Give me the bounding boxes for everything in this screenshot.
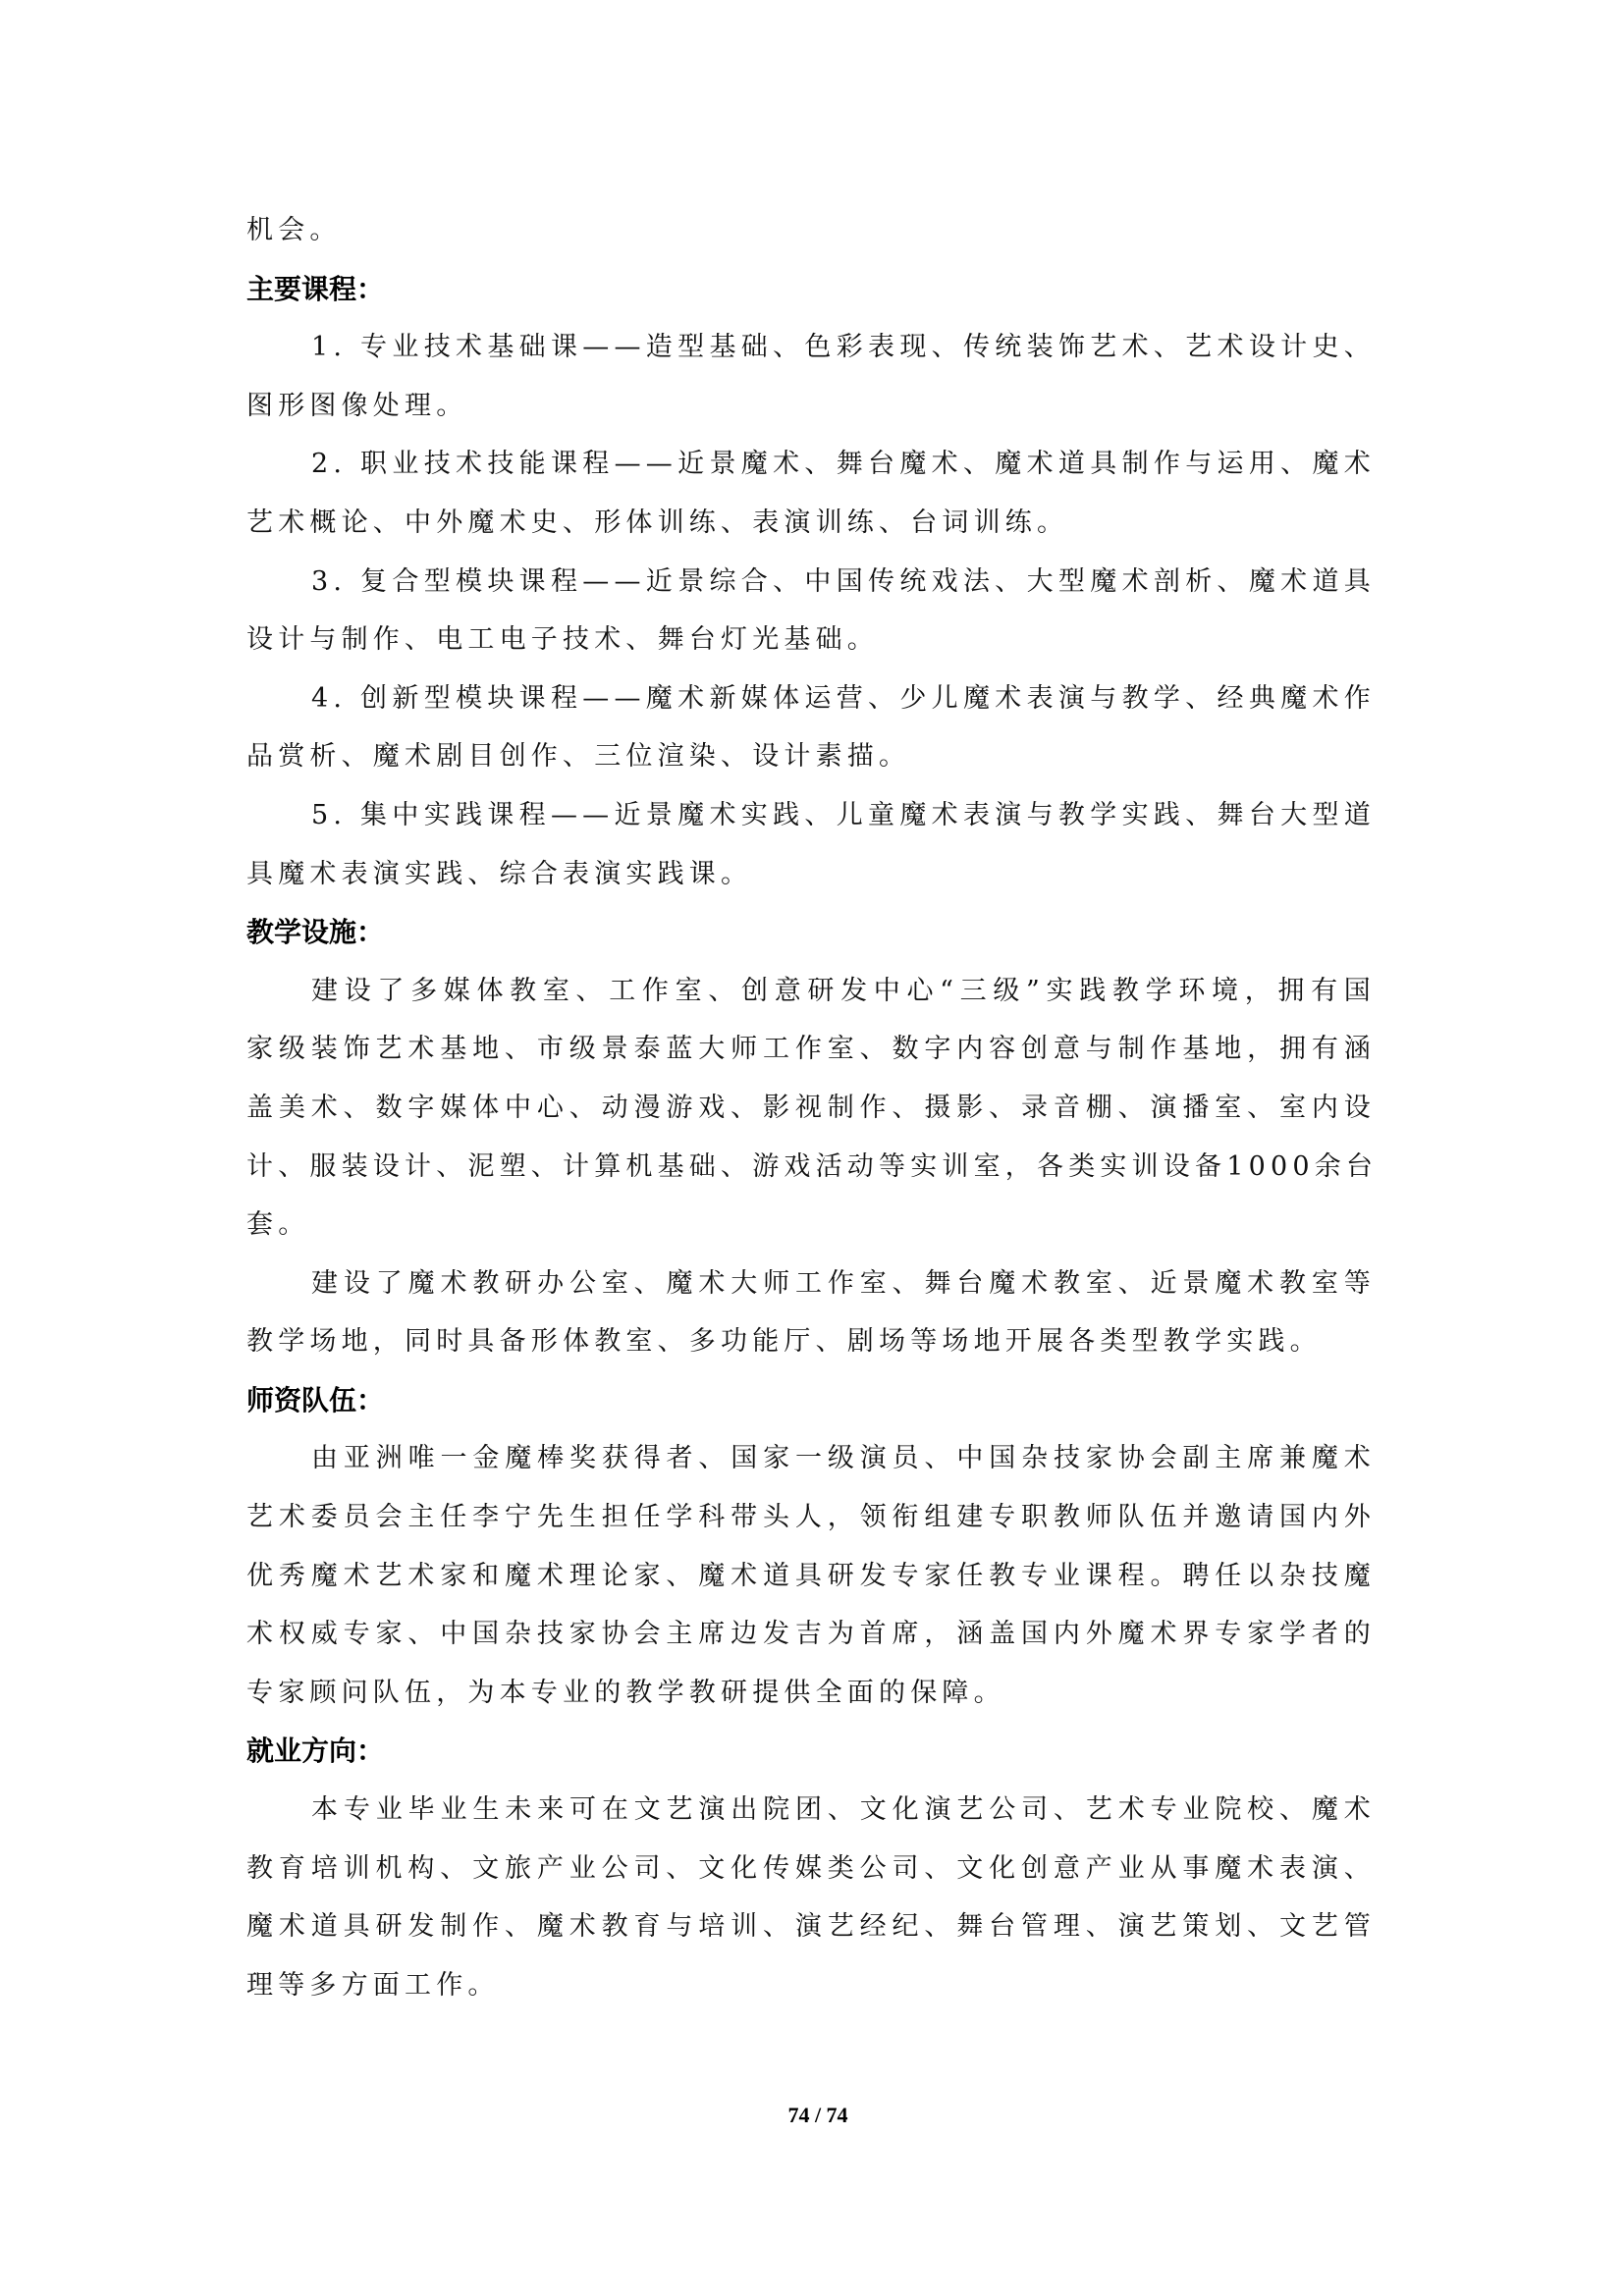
paragraph-line: 套。 — [246, 1196, 1376, 1255]
course-item-line: 具魔术表演实践、综合表演实践课。 — [246, 845, 1376, 904]
employment-paragraph: 本专业毕业生未来可在文艺演出院团、文化演艺公司、艺术专业院校、魔术 教育培训机构… — [246, 1781, 1376, 2014]
facilities-heading: 教学设施： — [246, 903, 1376, 962]
paragraph-line: 计、服装设计、泥塑、计算机基础、游戏活动等实训室，各类实训设备1000余台 — [246, 1138, 1376, 1197]
document-page: 机会。 主要课程： 1. 专业技术基础课——造型基础、色彩表现、传统装饰艺术、艺… — [0, 0, 1624, 2296]
paragraph-line: 魔术道具研发制作、魔术教育与培训、演艺经纪、舞台管理、演艺策划、文艺管 — [246, 1897, 1376, 1956]
course-item-line: 设计与制作、电工电子技术、舞台灯光基础。 — [246, 611, 1376, 669]
paragraph-line: 本专业毕业生未来可在文艺演出院团、文化演艺公司、艺术专业院校、魔术 — [246, 1781, 1376, 1840]
paragraph-line: 术权威专家、中国杂技家协会主席边发吉为首席，涵盖国内外魔术界专家学者的 — [246, 1605, 1376, 1664]
course-item: 5. 集中实践课程——近景魔术实践、儿童魔术表演与教学实践、舞台大型道 具魔术表… — [246, 786, 1376, 903]
course-item: 3. 复合型模块课程——近景综合、中国传统戏法、大型魔术剖析、魔术道具 设计与制… — [246, 553, 1376, 669]
paragraph-line: 艺术委员会主任李宁先生担任学科带头人，领衔组建专职教师队伍并邀请国内外 — [246, 1488, 1376, 1547]
employment-heading: 就业方向： — [246, 1722, 1376, 1781]
course-item-line: 品赏析、魔术剧目创作、三位渲染、设计素描。 — [246, 727, 1376, 786]
facilities-paragraph: 建设了多媒体教室、工作室、创意研发中心“三级”实践教学环境，拥有国 家级装饰艺术… — [246, 962, 1376, 1255]
page-content: 机会。 主要课程： 1. 专业技术基础课——造型基础、色彩表现、传统装饰艺术、艺… — [246, 201, 1376, 2014]
paragraph-line: 建设了魔术教研办公室、魔术大师工作室、舞台魔术教室、近景魔术教室等 — [246, 1255, 1376, 1313]
courses-list: 1. 专业技术基础课——造型基础、色彩表现、传统装饰艺术、艺术设计史、 图形图像… — [246, 318, 1376, 903]
course-item-line: 1. 专业技术基础课——造型基础、色彩表现、传统装饰艺术、艺术设计史、 — [246, 318, 1376, 377]
course-item-line: 图形图像处理。 — [246, 377, 1376, 436]
intro-tail-text: 机会。 — [246, 201, 1376, 260]
paragraph-line: 教学场地，同时具备形体教室、多功能厅、剧场等场地开展各类型教学实践。 — [246, 1312, 1376, 1371]
course-item: 2. 职业技术技能课程——近景魔术、舞台魔术、魔术道具制作与运用、魔术 艺术概论… — [246, 435, 1376, 552]
course-item-line: 5. 集中实践课程——近景魔术实践、儿童魔术表演与教学实践、舞台大型道 — [246, 786, 1376, 845]
course-item: 1. 专业技术基础课——造型基础、色彩表现、传统装饰艺术、艺术设计史、 图形图像… — [246, 318, 1376, 435]
paragraph-line: 建设了多媒体教室、工作室、创意研发中心“三级”实践教学环境，拥有国 — [246, 962, 1376, 1021]
paragraph-line: 盖美术、数字媒体中心、动漫游戏、影视制作、摄影、录音棚、演播室、室内设 — [246, 1079, 1376, 1138]
course-item-line: 2. 职业技术技能课程——近景魔术、舞台魔术、魔术道具制作与运用、魔术 — [246, 435, 1376, 494]
course-item: 4. 创新型模块课程——魔术新媒体运营、少儿魔术表演与教学、经典魔术作 品赏析、… — [246, 669, 1376, 786]
faculty-heading: 师资队伍： — [246, 1371, 1376, 1430]
paragraph-line: 专家顾问队伍，为本专业的教学教研提供全面的保障。 — [246, 1664, 1376, 1723]
paragraph-line: 理等多方面工作。 — [246, 1956, 1376, 2015]
paragraph-line: 家级装饰艺术基地、市级景泰蓝大师工作室、数字内容创意与制作基地，拥有涵 — [246, 1020, 1376, 1079]
course-item-line: 4. 创新型模块课程——魔术新媒体运营、少儿魔术表演与教学、经典魔术作 — [246, 669, 1376, 728]
course-item-line: 3. 复合型模块课程——近景综合、中国传统戏法、大型魔术剖析、魔术道具 — [246, 553, 1376, 612]
page-number: 74 / 74 — [0, 2103, 1624, 2128]
paragraph-line: 教育培训机构、文旅产业公司、文化传媒类公司、文化创意产业从事魔术表演、 — [246, 1840, 1376, 1898]
courses-heading: 主要课程： — [246, 260, 1376, 319]
paragraph-line: 优秀魔术艺术家和魔术理论家、魔术道具研发专家任教专业课程。聘任以杂技魔 — [246, 1547, 1376, 1606]
paragraph-line: 由亚洲唯一金魔棒奖获得者、国家一级演员、中国杂技家协会副主席兼魔术 — [246, 1429, 1376, 1488]
faculty-paragraph: 由亚洲唯一金魔棒奖获得者、国家一级演员、中国杂技家协会副主席兼魔术 艺术委员会主… — [246, 1429, 1376, 1722]
course-item-line: 艺术概论、中外魔术史、形体训练、表演训练、台词训练。 — [246, 494, 1376, 553]
facilities-paragraph: 建设了魔术教研办公室、魔术大师工作室、舞台魔术教室、近景魔术教室等 教学场地，同… — [246, 1255, 1376, 1371]
